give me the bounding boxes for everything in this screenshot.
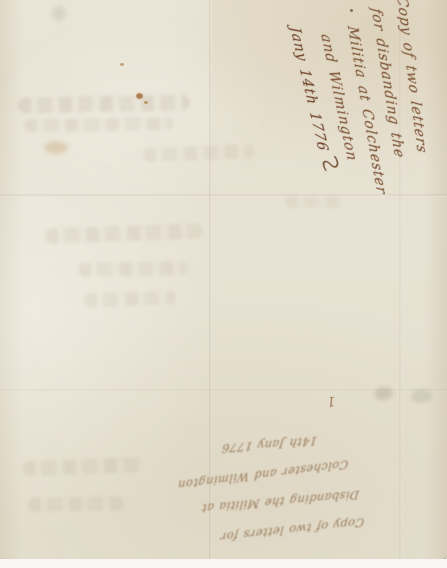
folio-number-mark: 1 [326, 393, 335, 409]
docket-annotation-top: Copy of two letters for disbanding the M… [282, 0, 440, 191]
ink-flourish [309, 154, 343, 172]
foxing-spot [136, 93, 143, 99]
foxing-spot [120, 63, 124, 66]
bleedthrough-smudge [24, 117, 174, 133]
docket-annotation-bottom: Copy of two letters for Disbanding the M… [209, 421, 365, 552]
gray-smudge [52, 6, 66, 21]
bleedthrough-smudge [18, 95, 190, 114]
scanner-background-strip [0, 559, 447, 568]
bleedthrough-smudge [28, 496, 124, 512]
bleedthrough-smudge [78, 261, 188, 277]
bleedthrough-smudge [22, 457, 144, 476]
horizontal-fold-crease-lower [0, 389, 447, 392]
gray-smudge [373, 386, 394, 402]
scanned-letter-page: Copy of two letters for disbanding the M… [0, 0, 447, 568]
bleedthrough-smudge [45, 223, 203, 244]
foxing-spot [144, 101, 148, 104]
paper-sheet: Copy of two letters for disbanding the M… [0, 0, 447, 561]
bleedthrough-smudge [143, 144, 255, 162]
bleedthrough-smudge [84, 290, 176, 307]
gray-smudge [410, 388, 432, 404]
tan-stain [44, 141, 68, 154]
bleedthrough-smudge [285, 196, 343, 208]
